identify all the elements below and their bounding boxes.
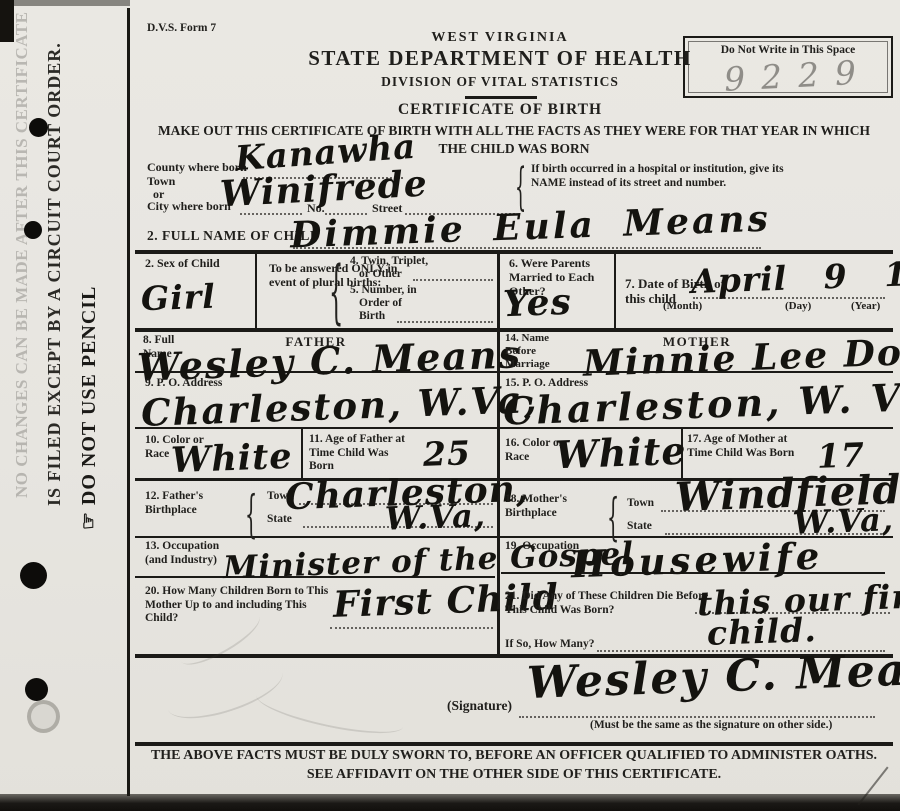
sex-value: Girl [140,277,216,319]
children-died-value-2: child. [706,610,817,653]
punch-hole-2 [24,221,42,239]
mother-age-label: 17. Age of Mother at Time Child Was Born [687,433,799,460]
sex-cell-divider [255,250,257,330]
file-number: 9229 [694,51,900,101]
margin-stamp-faint: NO CHANGES CAN BE MADE AFTER THIS CERTIF… [12,12,32,499]
children-died-label: 21. Did Any of These Children Die Before… [505,590,717,617]
punch-hole-3 [20,562,47,589]
signature-label: (Signature) [447,698,512,714]
sex-label: 2. Sex of Child [145,256,230,270]
father-age-value: 25 [422,433,471,474]
dob-month-label: (Month) [663,300,702,313]
grid-top-rule [135,250,893,254]
item4-line1: 4. Twin, Triplet, [350,255,428,269]
instruction-line-1: MAKE OUT THIS CERTIFICATE OF BIRTH WITH … [135,123,893,139]
dob-year-label: (Year) [851,300,880,313]
item4-line2: or Other [359,268,402,282]
race-cell-divider-left [301,429,303,479]
do-not-write-box: Do Not Write in This Space 9229 [683,36,893,98]
header-rule [465,96,537,99]
item5-line3: Birth [359,310,385,324]
dob-value: April 9 1899 [690,252,900,301]
certificate-fold-line [127,8,130,796]
certificate-title: CERTIFICATE OF BIRTH [135,101,865,119]
father-occupation-label: 13. Occupation (and Industry) [145,540,235,567]
item5-line1: 5. Number, in [350,284,417,298]
signature-section-rule [135,742,893,746]
punch-hole-1 [29,118,48,137]
margin-stamp-court-order: IS FILED EXCEPT BY A CIRCUIT COURT ORDER… [44,42,65,506]
hospital-note: If birth occurred in a hospital or insti… [531,163,785,190]
scanned-birth-certificate: NO CHANGES CAN BE MADE AFTER THIS CERTIF… [0,0,900,811]
father-age-label: 11. Age of Father at Time Child Was Born [309,433,411,474]
mother-occupation-value: Housewife [570,534,824,587]
scan-top-edge-smudge [0,0,130,6]
item5-line [397,320,493,323]
mother-birthplace-label: 18. Mother's Birthplace [505,493,590,520]
footer-oath-line: THE ABOVE FACTS MUST BE DULY SWORN TO, B… [135,748,893,765]
signature-value: Wesley C. Means, [526,642,900,709]
dob-day-label: (Day) [785,300,811,313]
footer-affidavit-line: SEE AFFIDAVIT ON THE OTHER SIDE OF THIS … [135,767,893,784]
certificate-form: D.V.S. Form 7 WEST VIRGINIA STATE DEPART… [135,0,893,811]
item5-line2: Order of [359,297,402,311]
margin-stamp-pencil-text: DO NOT USE PENCIL [78,286,100,505]
father-race-value: White [170,436,293,481]
city-label: City where born [147,199,231,213]
margin-stamp-pencil: ☞ DO NOT USE PENCIL [76,286,101,530]
item4-line [413,278,493,281]
signature-line [519,715,875,718]
mother-occupation-label: 19. Occupation [505,540,579,554]
signature-note: (Must be the same as the signature on ot… [590,719,832,733]
plural-brace: { [329,253,343,334]
how-many-label: If So, How Many? [505,638,594,652]
father-birthplace-label: 12. Father's Birthplace [145,490,230,517]
bleedthrough-mark-2 [253,680,406,742]
mother-state-label: State [627,520,652,534]
father-birthplace-brace: { [245,485,257,544]
punch-hole-ghost [27,700,60,733]
punch-hole-4 [25,678,48,701]
children-count-line [330,626,493,629]
mother-race-value: White [554,428,687,478]
parents-married-value: Yes [502,281,572,325]
pointing-hand-icon: ☞ [78,511,100,530]
father-birthplace-state: W.Va, [384,496,486,537]
mother-town-label: Town [627,497,654,511]
